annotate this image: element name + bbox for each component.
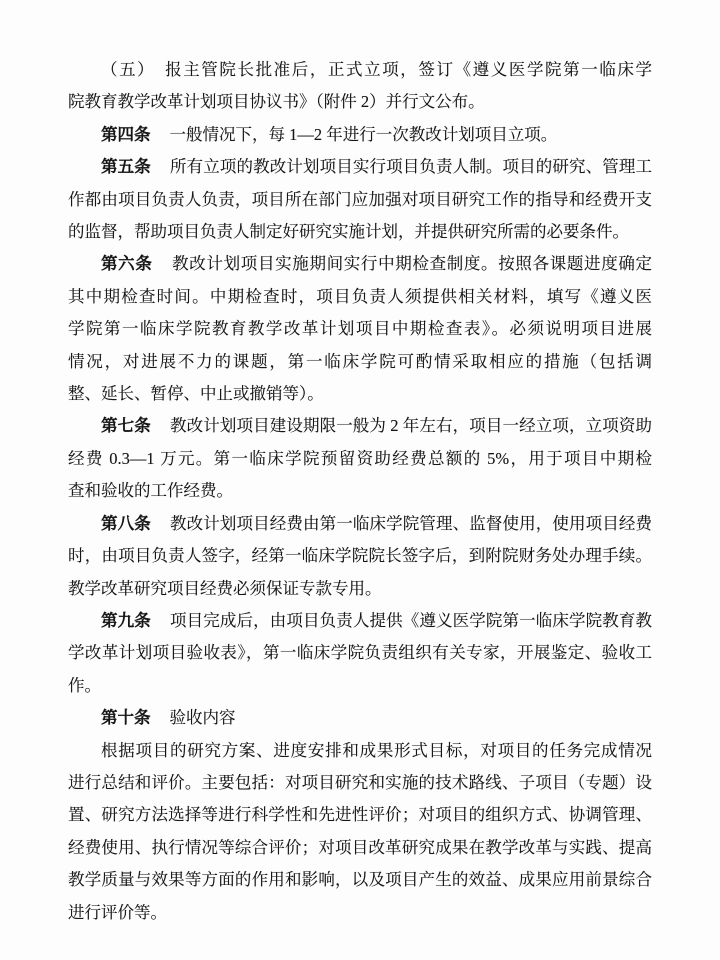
clause-number: 第十条	[101, 708, 151, 727]
line-text: 情况，对进展不力的课题，第一临床学院可酌情采取相应的措施（包括调	[68, 352, 652, 371]
line-text: 学改革计划项目验收表》，第一临床学院负责组织有关专家，开展鉴定、验收工	[68, 643, 652, 662]
line-text: 一般情况下，每 1—2 年进行一次教改计划项目立项。	[169, 125, 557, 144]
line-text: 验收内容	[169, 708, 235, 727]
clause-number: 第七条	[101, 416, 151, 435]
text-line: 经费使用、执行情况等综合评价；对项目改革研究成果在教学改革与实践、提高	[68, 832, 652, 864]
line-text: 经费使用、执行情况等综合评价；对项目改革研究成果在教学改革与实践、提高	[68, 838, 652, 857]
line-text: 的监督，帮助项目负责人制定好研究实施计划，并提供研究所需的必要条件。	[68, 222, 629, 241]
text-line: 第九条 项目完成后，由项目负责人提供《遵义医学院第一临床学院教育教	[68, 605, 652, 637]
clause-number: 第八条	[101, 514, 151, 533]
line-text: 进行评价等。	[68, 903, 167, 922]
text-line: 整、延长、暂停、中止或撤销等）。	[68, 378, 652, 410]
line-text: 经费 0.3—1 万元。第一临床学院预留资助经费总额的 5%，用于项目中期检	[68, 449, 652, 468]
text-line: 其中期检查时间。中期检查时，项目负责人须提供相关材料，填写《遵义医	[68, 281, 652, 313]
text-line: （五） 报主管院长批准后，正式立项，签订《遵义医学院第一临床学	[68, 54, 652, 86]
text-line: 学改革计划项目验收表》，第一临床学院负责组织有关专家，开展鉴定、验收工	[68, 637, 652, 669]
text-line: 置、研究方法选择等进行科学性和先进性评价；对项目的组织方式、协调管理、	[68, 799, 652, 831]
text-line: 进行总结和评价。主要包括：对项目研究和实施的技术路线、子项目（专题）设	[68, 767, 652, 799]
text-line: 经费 0.3—1 万元。第一临床学院预留资助经费总额的 5%，用于项目中期检	[68, 443, 652, 475]
line-text: 其中期检查时间。中期检查时，项目负责人须提供相关材料，填写《遵义医	[68, 287, 652, 306]
text-line: 教学质量与效果等方面的作用和影响，以及项目产生的效益、成果应用前景综合	[68, 864, 652, 896]
line-text: 教学质量与效果等方面的作用和影响，以及项目产生的效益、成果应用前景综合	[68, 870, 652, 889]
line-text: 进行总结和评价。主要包括：对项目研究和实施的技术路线、子项目（专题）设	[68, 773, 652, 792]
line-text: 教改计划项目实施期间实行中期检查制度。按照各课题进度确定	[172, 254, 652, 273]
text-line: 作。	[68, 670, 652, 702]
line-text: 查和验收的工作经费。	[68, 481, 233, 500]
line-text: 作都由项目负责人负责，项目所在部门应加强对项目研究工作的指导和经费开支	[68, 190, 652, 209]
text-line: 第五条 所有立项的教改计划项目实行项目负责人制。项目的研究、管理工	[68, 151, 652, 183]
document-page: （五） 报主管院长批准后，正式立项，签订《遵义医学院第一临床学 院教育教学改革计…	[0, 0, 720, 960]
clause-number: 第四条	[101, 125, 151, 144]
text-line: 时，由项目负责人签字，经第一临床学院院长签字后，到附院财务处办理手续。	[68, 540, 652, 572]
line-text: 根据项目的研究方案、进度安排和成果形式目标，对项目的任务完成情况	[101, 741, 652, 760]
text-line: 情况，对进展不力的课题，第一临床学院可酌情采取相应的措施（包括调	[68, 346, 652, 378]
text-line: 第四条 一般情况下，每 1—2 年进行一次教改计划项目立项。	[68, 119, 652, 151]
text-line: 作都由项目负责人负责，项目所在部门应加强对项目研究工作的指导和经费开支	[68, 184, 652, 216]
text-line: 第六条 教改计划项目实施期间实行中期检查制度。按照各课题进度确定	[68, 248, 652, 280]
line-text: 教改计划项目经费由第一临床学院管理、监督使用，使用项目经费	[170, 514, 652, 533]
line-text: 置、研究方法选择等进行科学性和先进性评价；对项目的组织方式、协调管理、	[68, 805, 652, 824]
line-text: 学院第一临床学院教育教学改革计划项目中期检查表》。必须说明项目进展	[68, 319, 652, 338]
clause-number: 第九条	[101, 611, 151, 630]
line-text: 教改计划项目建设期限一般为 2 年左右，项目一经立项，立项资助	[170, 416, 652, 435]
clause-number: 第五条	[101, 157, 151, 176]
clause-number: 第六条	[101, 254, 153, 273]
text-line: 查和验收的工作经费。	[68, 475, 652, 507]
line-text: 项目完成后，由项目负责人提供《遵义医学院第一临床学院教育教	[170, 611, 652, 630]
text-line: 根据项目的研究方案、进度安排和成果形式目标，对项目的任务完成情况	[68, 735, 652, 767]
line-text: 院教育教学改革计划项目协议书》（附件 2）并行文公布。	[68, 92, 485, 111]
line-text: 教学改革研究项目经费必须保证专款专用。	[68, 579, 382, 598]
line-text: 作。	[68, 676, 101, 695]
text-line: 第十条 验收内容	[68, 702, 652, 734]
text-line: 院教育教学改革计划项目协议书》（附件 2）并行文公布。	[68, 86, 652, 118]
line-text: （五） 报主管院长批准后，正式立项，签订《遵义医学院第一临床学	[101, 60, 652, 79]
text-line: 学院第一临床学院教育教学改革计划项目中期检查表》。必须说明项目进展	[68, 313, 652, 345]
line-text: 所有立项的教改计划项目实行项目负责人制。项目的研究、管理工	[170, 157, 652, 176]
line-text: 整、延长、暂停、中止或撤销等）。	[68, 384, 324, 403]
text-line: 第七条 教改计划项目建设期限一般为 2 年左右，项目一经立项，立项资助	[68, 410, 652, 442]
text-line: 进行评价等。	[68, 897, 652, 929]
text-line: 教学改革研究项目经费必须保证专款专用。	[68, 573, 652, 605]
text-line: 的监督，帮助项目负责人制定好研究实施计划，并提供研究所需的必要条件。	[68, 216, 652, 248]
text-line: 第八条 教改计划项目经费由第一临床学院管理、监督使用，使用项目经费	[68, 508, 652, 540]
line-text: 时，由项目负责人签字，经第一临床学院院长签字后，到附院财务处办理手续。	[68, 546, 652, 565]
